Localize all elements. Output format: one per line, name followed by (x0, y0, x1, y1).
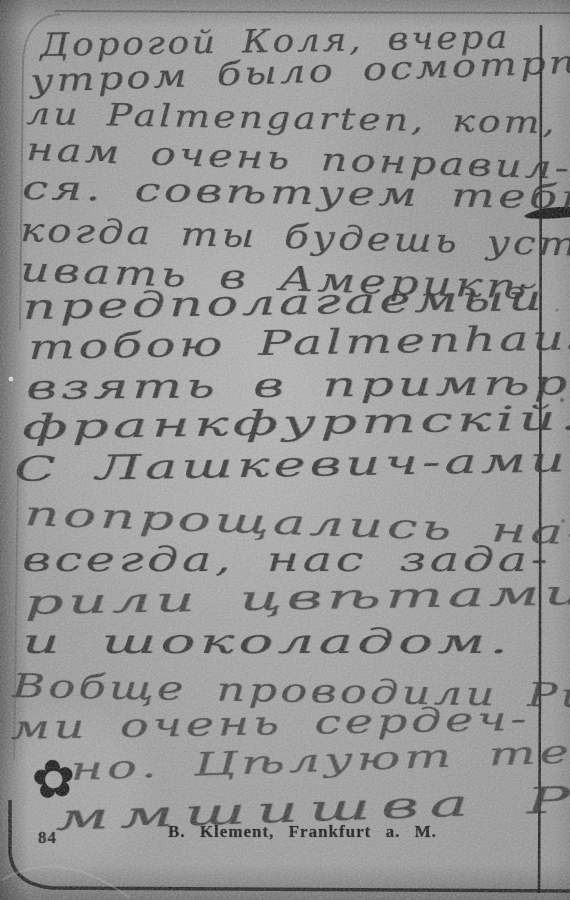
handwriting-line: и шоколадом. (22, 622, 512, 662)
handwriting-line: С Лашкевич-ами (14, 440, 569, 490)
card-top-edge (55, 11, 570, 13)
handwriting-line: франкфуртскій. (22, 398, 570, 448)
handwriting-line: ся. совѣтуем тебѣ (22, 168, 570, 217)
ink-dot (556, 309, 559, 312)
card-number: 84 (38, 828, 57, 848)
scan-corner-highlight (2, 867, 130, 898)
handwriting-line: всегда, нас зада- (22, 540, 551, 580)
publisher-imprint: B. Klement, Frankfurt a. M. (168, 822, 437, 842)
printer-ornament-icon: ✿ (29, 752, 78, 808)
postcard-scan: Дорогой Коля, вчера утром было осмотрѣ- … (0, 0, 570, 900)
paper-speck (9, 377, 14, 382)
handwriting-line: рили цвѣтами (24, 573, 570, 623)
